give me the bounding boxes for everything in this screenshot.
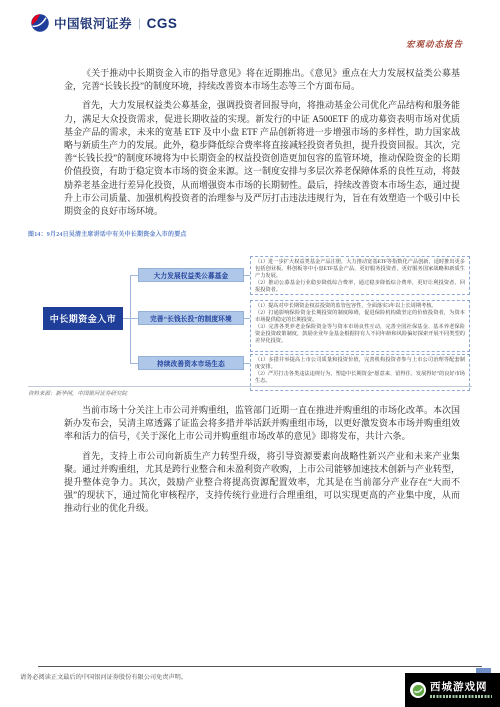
- brand-header: 中国银河证券 | CGS: [30, 13, 177, 33]
- figure-source-divider: [28, 386, 472, 387]
- body-text-lower: 当前市场十分关注上市公司并购重组，监管部门近期一直在推进并购重组的市场化改革。本…: [64, 404, 460, 524]
- paragraph-three-directions: 首先，大力发展权益类公募基金，强调投资者回报导向，将推动基金公司优化产品结构和服…: [64, 99, 460, 218]
- footer-disclaimer: 请务必阅读正文最后的中国银河证券股份有限公司免责声明。: [20, 672, 187, 681]
- connector-line: [130, 275, 131, 363]
- watermark-subtext-strip: [430, 695, 492, 698]
- watermark-title: 西城游戏网: [430, 682, 492, 693]
- diagram-branch-long-money: 完善“长钱长投”的制度环境: [138, 311, 244, 325]
- diagram-branch-market-ecology: 持续改善资本市场生态: [138, 356, 244, 370]
- diagram-branch-equity-funds: 大力发展权益类公募基金: [138, 268, 244, 282]
- connector-line: [130, 275, 138, 276]
- figure-diagram: 中长期资金入市 大力发展权益类公募基金 完善“长钱长投”的制度环境 持续改善资本…: [0, 244, 500, 390]
- brand-name-en: CGS: [147, 16, 178, 31]
- body-text-upper: 《关于推动中长期资金入市的指导意见》将在近期推出。《意见》重点在大力发展权益类公…: [64, 67, 460, 225]
- paragraph-guideline-intro: 《关于推动中长期资金入市的指导意见》将在近期推出。《意见》重点在大力发展权益类公…: [64, 67, 460, 93]
- brand-separator: |: [138, 15, 141, 31]
- watermark-logo-icon: [410, 682, 426, 698]
- report-page: 中国银河证券 | CGS 宏观动态报告 《关于推动中长期资金入市的指导意见》将在…: [0, 0, 500, 707]
- diagram-root-node: 中长期资金入市: [43, 307, 123, 330]
- connector-line: [130, 363, 138, 364]
- paragraph-ma-reform: 当前市场十分关注上市公司并购重组，监管部门近期一直在推进并购重组的市场化改革。本…: [64, 404, 460, 444]
- report-type-label: 宏观动态报告: [406, 38, 463, 50]
- connector-line: [130, 318, 138, 319]
- diagram-detail-equity-funds: （1）进一步扩大权益类基金产品注册，大力推动宽基ETF等指数化产品创新，适时推出…: [250, 256, 470, 295]
- figure-caption: 图14：9月24日吴清主席讲话中有关中长期资金入市的要点: [28, 229, 187, 238]
- brand-name-cn: 中国银河证券: [54, 14, 132, 32]
- figure-source: 资料来源：新华网，中国银河证券研究院: [28, 389, 127, 397]
- diagram-detail-long-money: （1）提高对中长期资金权益投资的监管包容性，全面落实3年以上长周期考核。 （2）…: [250, 300, 470, 352]
- connector-line: [123, 318, 130, 319]
- galaxy-logo-icon: [30, 13, 50, 33]
- paragraph-ma-support: 首先，支持上市公司向新质生产力转型升级，将引导资源要素向战略性新兴产业和未来产业…: [64, 450, 460, 516]
- site-watermark[interactable]: 西城游戏网: [405, 673, 500, 707]
- footer-divider: [38, 666, 482, 667]
